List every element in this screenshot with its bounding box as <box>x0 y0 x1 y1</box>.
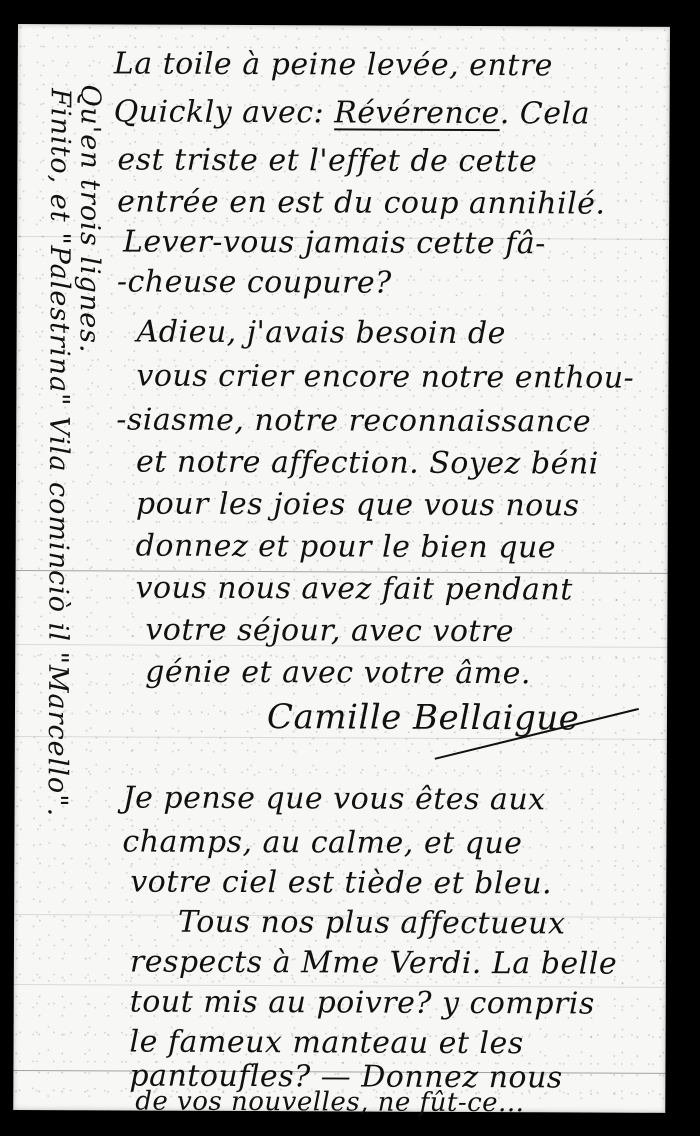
body-line: donnez et pour le bien que <box>136 529 557 566</box>
body-line: Quickly avec: Révérence. Cela <box>114 94 591 131</box>
postscript-line: le fameux manteau et les <box>129 1024 523 1061</box>
letter-page: Qu'en trois lignes. Finito, et "Palestri… <box>13 24 670 1113</box>
body-line: -cheuse coupure? <box>117 264 392 300</box>
body-line: et notre affection. Soyez béni <box>136 445 599 482</box>
body-line: votre séjour, avec votre <box>145 613 514 650</box>
postscript-line: de vos nouvelles, ne fût-ce... <box>135 1087 524 1119</box>
body-line: est triste et l'effet de cette <box>117 142 537 179</box>
postscript-line: tout mis au poivre? y compris <box>130 984 595 1021</box>
postscript-line: votre ciel est tiède et bleu. <box>130 864 552 901</box>
postscript-line: Tous nos plus affectueux <box>178 905 566 942</box>
margin-note-line-2: Finito, et "Palestrina" Vila cominciò il… <box>42 88 76 817</box>
margin-note-line-1: Qu'en trois lignes. <box>74 84 106 353</box>
body-line: entrée en est du coup annihilé. <box>117 184 605 221</box>
body-line: La toile à peine levée, entre <box>114 46 553 83</box>
signature: Camille Bellaigue <box>267 697 580 738</box>
postscript-line: Je pense que vous êtes aux <box>123 780 546 817</box>
body-line: vous crier encore notre enthou- <box>136 359 634 396</box>
body-line: Adieu, j'avais besoin de <box>137 315 506 352</box>
body-line: Lever-vous jamais cette fâ- <box>123 224 546 261</box>
body-line-text: Quickly avec: <box>114 94 335 130</box>
underlined-word: Révérence <box>334 95 500 131</box>
body-line: génie et avec votre âme. <box>145 655 531 692</box>
body-line: pour les joies que vous nous <box>136 487 580 524</box>
body-line: -siasme, notre reconnaissance <box>116 402 591 439</box>
postscript-line: respects à Mme Verdi. La belle <box>130 944 617 981</box>
postscript-line: champs, au calme, et que <box>122 824 522 861</box>
body-line-text: . Cela <box>500 96 590 131</box>
body-line: vous nous avez fait pendant <box>135 571 572 608</box>
